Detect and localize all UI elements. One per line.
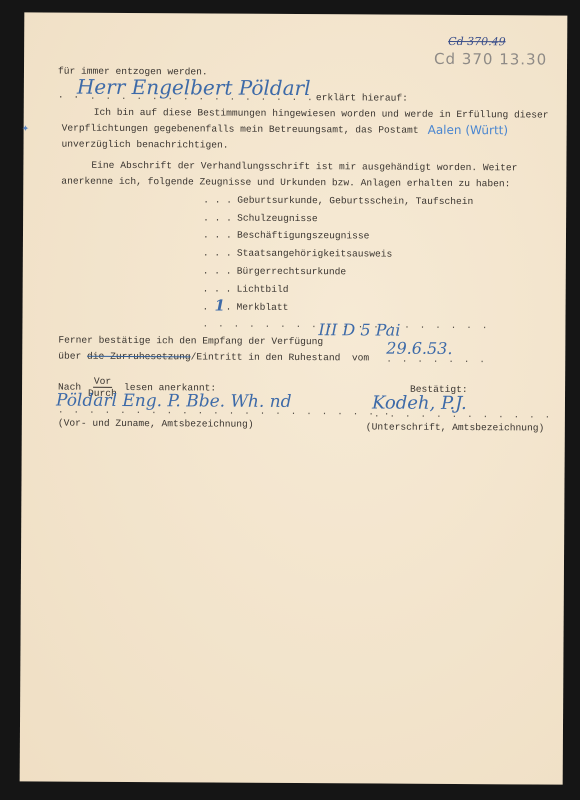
- sig-left-caption: (Vor- und Zuname, Amtsbezeichnung): [58, 418, 254, 431]
- para1-line1: Ich bin auf diese Bestimmungen hingewies…: [94, 107, 549, 122]
- sig-right-handwritten: Kodeh, P.J.: [372, 392, 467, 414]
- declarant-handwritten-name: Herr Engelbert Pöldarl: [77, 75, 311, 100]
- list-item-marker: . . .: [203, 212, 232, 224]
- list-item-label: Merkblatt: [237, 302, 289, 314]
- list-item: . . . Schulzeugnisse: [24, 12, 567, 15]
- list-item-label: Beschäftigungszeugnisse: [237, 230, 369, 243]
- document-page: Cd 370.49 Cd 370 13.30 für immer entzoge…: [20, 12, 568, 784]
- sig-right-caption: (Unterschrift, Amtsbezeichnung): [366, 421, 545, 434]
- archive-ref-pencil: Cd 370 13.30: [434, 50, 547, 69]
- margin-mark-icon: ✦: [22, 124, 30, 134]
- signature-block-right: Bestätigt: . . . . . . . . . . . . Kodeh…: [24, 12, 567, 15]
- receipt-line2: über die Zurruhesetzung/Eintritt in den …: [58, 351, 369, 365]
- list-item-marker: . . .: [203, 265, 232, 277]
- list-item: . . 1 Merkblatt: [24, 12, 567, 15]
- para1-line3: unverzüglich benachrichtigen.: [62, 139, 229, 152]
- list-item: . . . Staatsangehörigkeitsausweis: [24, 12, 567, 15]
- para2-line2: anerkenne ich, folgende Zeugnisse und Ur…: [61, 176, 510, 191]
- retirement-date-handwritten: 29.6.53.: [386, 339, 452, 358]
- list-item-marker: . . .: [203, 229, 232, 241]
- para2-line1: Eine Abschrift der Verhandlungsschrift i…: [91, 160, 517, 175]
- sig-left-handwritten: Pöldarl Eng. P. Bbe. Wh. nd: [56, 391, 292, 412]
- list-item-marker: . . .: [203, 194, 232, 206]
- list-item-label: Lichtbild: [237, 284, 289, 296]
- list-item-marker: . . .: [203, 283, 232, 295]
- receipt-line2-prefix: über: [58, 351, 87, 362]
- signature-block-left: Nach Vor Durch lesen anerkannt: . . . . …: [24, 12, 567, 15]
- list-item-label: Bürgerrechtsurkunde: [237, 266, 346, 279]
- receipt-line2-rest: /Eintritt in den Ruhestand vom: [191, 351, 370, 363]
- list-item-label: Schulzeugnisse: [237, 213, 318, 225]
- documents-list: . . . Geburtsurkunde, Geburtsschein, Tau…: [24, 12, 567, 15]
- post-office-stamp: Aalen (Württ): [428, 123, 509, 137]
- declarant-suffix: erklärt hierauf:: [316, 92, 408, 105]
- list-item: . . . Beschäftigungszeugnisse: [24, 12, 567, 15]
- receipt-line1: Ferner bestätige ich den Empfang der Ver…: [58, 335, 323, 349]
- list-item: . . . Lichtbild: [24, 12, 567, 15]
- list-item-marker: . . .: [203, 247, 232, 259]
- para1-line2: Verpflichtungen gegebenenfalls mein Betr…: [62, 123, 419, 137]
- archive-ref-old: Cd 370.49: [448, 35, 506, 48]
- merkblatt-count-handwritten: 1: [215, 297, 226, 315]
- list-item: . . . Geburtsurkunde, Geburtsschein, Tau…: [24, 12, 567, 15]
- list-item-label: Staatsangehörigkeitsausweis: [237, 248, 393, 261]
- list-item-label: Geburtsurkunde, Geburtsschein, Taufschei…: [237, 195, 473, 208]
- verfuegung-ref-handwritten: III D 5 Pai: [318, 320, 400, 340]
- receipt-line2-struck: die Zurruhesetzung: [87, 351, 191, 363]
- list-item: . . . Bürgerrechtsurkunde: [24, 12, 567, 15]
- sig-left-frac-top: Vor: [93, 376, 112, 388]
